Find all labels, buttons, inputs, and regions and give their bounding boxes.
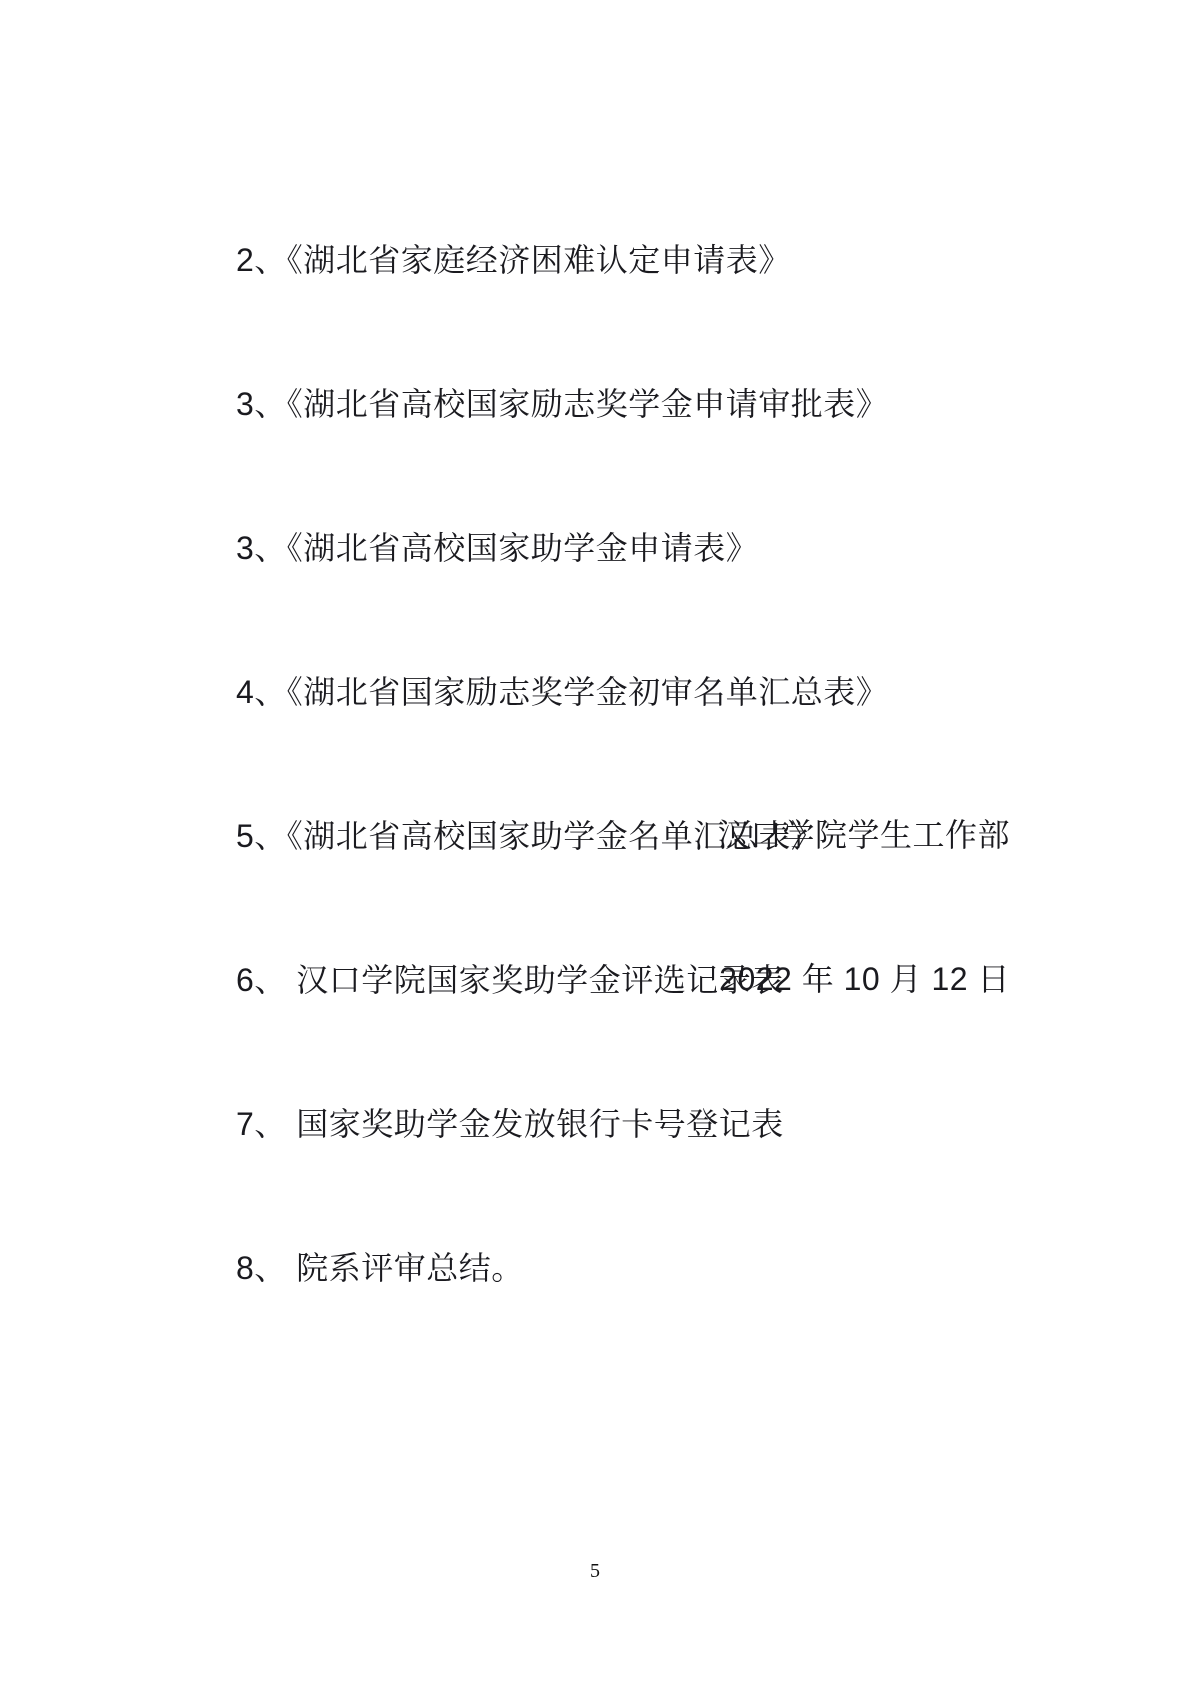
list-item: 2、《湖北省家庭经济困难认定申请表》 [236, 236, 888, 284]
signature-block: 汉口学院学生工作部 2022 年 10 月 12 日 [717, 715, 1010, 1099]
page-number: 5 [0, 1560, 1190, 1583]
signature-org: 汉口学院学生工作部 [717, 811, 1010, 859]
list-item: 3、《湖北省高校国家助学金申请表》 [236, 524, 888, 572]
document-page: 2、《湖北省家庭经济困难认定申请表》 3、《湖北省高校国家励志奖学金申请审批表》… [0, 0, 1190, 1682]
list-item: 4、《湖北省国家励志奖学金初审名单汇总表》 [236, 668, 888, 716]
list-item: 3、《湖北省高校国家励志奖学金申请审批表》 [236, 380, 888, 428]
signature-date: 2022 年 10 月 12 日 [717, 955, 1010, 1003]
list-item: 7、 国家奖助学金发放银行卡号登记表 [236, 1100, 888, 1148]
list-item: 8、 院系评审总结。 [236, 1244, 888, 1292]
